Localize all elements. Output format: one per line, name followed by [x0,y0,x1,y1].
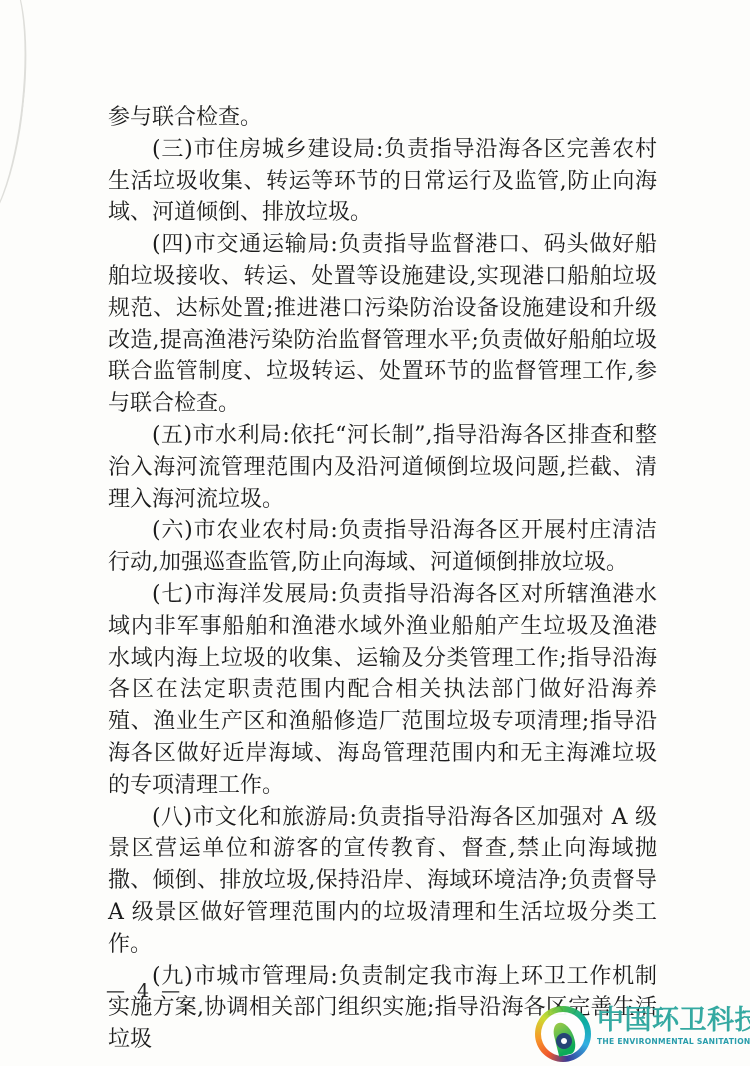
logo-subtitle: THE ENVIRONMENTAL SANITATION NET OF CHIN… [597,1037,750,1046]
document-body: 参与联合检查。 (三)市住房城乡建设局:负责指导沿海各区完善农村生活垃圾收集、转… [108,102,657,1056]
paragraph-item-3: (三)市住房城乡建设局:负责指导沿海各区完善农村生活垃圾收集、转运等环节的日常运… [108,134,657,229]
paragraph-item-7: (七)市海洋发展局:负责指导沿海各区对所辖渔港水域内非军事船舶和渔港水域外渔业船… [108,579,657,802]
site-logo-watermark: 中国环卫科技网 THE ENVIRONMENTAL SANITATION NET… [535,1006,750,1062]
document-page: 参与联合检查。 (三)市住房城乡建设局:负责指导沿海各区完善农村生活垃圾收集、转… [0,0,750,1066]
paragraph-item-5: (五)市水利局:依托“河长制”,指导沿海各区排查和整治入海河流管理范围内及沿河道… [108,420,657,515]
paragraph-item-4: (四)市交通运输局:负责指导监督港口、码头做好船舶垃圾接收、转运、处置等设施建设… [108,229,657,420]
paragraph-continuation: 参与联合检查。 [108,102,657,134]
logo-title: 中国环卫科技网 [597,1006,750,1036]
page-number: — 4 — [106,980,183,1002]
scan-artifact [0,0,37,233]
logo-icon-inner [541,1012,585,1056]
logo-icon [535,1006,591,1062]
paragraph-item-6: (六)市农业农村局:负责指导沿海各区开展村庄清洁行动,加强巡查监管,防止向海域、… [108,515,657,579]
logo-text: 中国环卫科技网 THE ENVIRONMENTAL SANITATION NET… [597,1006,750,1046]
paragraph-item-8: (八)市文化和旅游局:负责指导沿海各区加强对 A 级景区营运单位和游客的宣传教育… [108,802,657,961]
logo-core-dot [556,1033,572,1049]
